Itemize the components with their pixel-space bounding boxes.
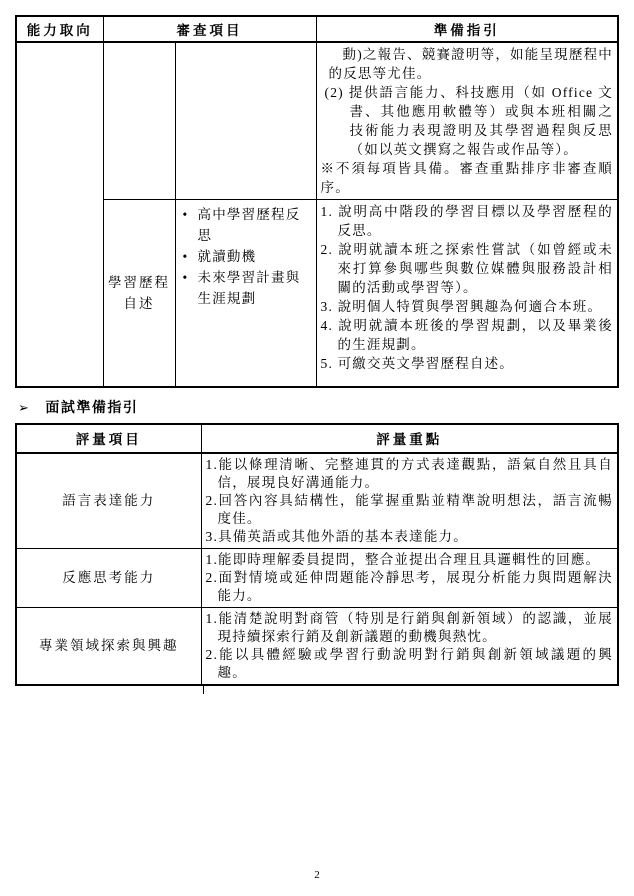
review-subitem-cell-empty: [175, 42, 316, 200]
bullet-icon: •: [183, 204, 192, 225]
assessment-points-cell: 1.能以條理清晰、完整連貫的方式表達觀點，語氣自然且具自信，展現良好溝通能力。 …: [201, 453, 618, 549]
review-item-cell-empty: [103, 42, 175, 200]
header-assessment-item: 評量項目: [16, 424, 201, 453]
bullet-icon: •: [183, 246, 192, 267]
table-row: 專業領域探索與興趣 1.能清楚說明對商管（特別是行銷與創新領域）的認識，並展現持…: [16, 607, 618, 685]
header-assessment-points: 評量重點: [201, 424, 618, 453]
header-ability-orientation: 能力取向: [16, 16, 103, 42]
point-item: 1.能以條理清晰、完整連貫的方式表達觀點，語氣自然且具自信，展現良好溝通能力。: [206, 456, 614, 492]
point-item: 1.能清楚說明對商管（特別是行銷與創新領域）的認識，並展現持續探索行銷及創新議題…: [206, 610, 614, 646]
bullet-item-text: 高中學習歷程反思: [198, 207, 301, 243]
section-heading-text: 面試準備指引: [45, 401, 138, 416]
guide-item-2: (2) 提供語言能力、科技應用（如 Office 文書、其他應用軟體等）或與本班…: [321, 83, 614, 159]
list-item: •高中學習歷程反思: [183, 204, 314, 246]
point-item: 3.具備英語或其他外語的基本表達能力。: [206, 528, 614, 546]
guide-continuation-text: 動)之報告、競賽證明等，如能呈現歷程中的反思等尤佳。: [321, 45, 614, 83]
interview-criteria-table: 評量項目 評量重點 語言表達能力 1.能以條理清晰、完整連貫的方式表達觀點，語氣…: [15, 423, 619, 686]
point-item: 2.能以具體經驗或學習行動說明對行銷與創新領域議題的興趣。: [206, 646, 614, 682]
column-divider-stub: [203, 686, 204, 694]
assessment-item-cell: 語言表達能力: [16, 453, 201, 549]
assessment-points-cell: 1.能清楚說明對商管（特別是行銷與創新領域）的認識，並展現持續探索行銷及創新議題…: [201, 607, 618, 685]
arrow-bullet-icon: ➢: [18, 400, 30, 416]
table-header-row: 評量項目 評量重點: [16, 424, 618, 453]
point-item: 2.回答內容具結構性，能掌握重點並精準說明想法，語言流暢度佳。: [206, 492, 614, 528]
review-guidelines-table: 能力取向 審查項目 準備指引 動)之報告、競賽證明等，如能呈現歷程中的反思等尤佳…: [15, 15, 619, 388]
guide-numbered-item: 1. 說明高中階段的學習目標以及學習歷程的反思。: [321, 202, 614, 240]
document-page: 能力取向 審查項目 準備指引 動)之報告、競賽證明等，如能呈現歷程中的反思等尤佳…: [0, 0, 634, 896]
section-heading: ➢面試準備指引: [18, 397, 634, 417]
guide-numbered-item: 4. 說明就讀本班後的學習規劃，以及畢業後的生涯規劃。: [321, 316, 614, 354]
bullet-item-text: 就讀動機: [198, 249, 257, 264]
point-item: 2.面對情境或延伸問題能冷靜思考，展現分析能力與問題解決能力。: [206, 569, 614, 605]
preparation-guide-cell: 1. 說明高中階段的學習目標以及學習歷程的反思。 2. 說明就讀本班之探索性嘗試…: [316, 200, 618, 387]
category-cell: 學習歷程自述: [103, 200, 175, 387]
header-review-items: 審查項目: [103, 16, 316, 42]
guide-numbered-item: 3. 說明個人特質與學習興趣為何適合本班。: [321, 297, 614, 316]
assessment-points-cell: 1.能即時理解委員提問，整合並提出合理且具邏輯性的回應。 2.面對情境或延伸問題…: [201, 548, 618, 607]
table-row: 語言表達能力 1.能以條理清晰、完整連貫的方式表達觀點，語氣自然且具自信，展現良…: [16, 453, 618, 549]
guide-note: ※不須每項皆具備。審查重點排序非審查順序。: [321, 159, 614, 197]
review-subitems-cell: •高中學習歷程反思 •就讀動機 •未來學習計畫與生涯規劃: [175, 200, 316, 387]
table-header-row: 能力取向 審查項目 準備指引: [16, 16, 618, 42]
guide-numbered-item: 5. 可繳交英文學習歷程自述。: [321, 354, 614, 373]
bullet-item-text: 未來學習計畫與生涯規劃: [198, 270, 301, 306]
list-item: •就讀動機: [183, 246, 314, 267]
table-row: 反應思考能力 1.能即時理解委員提問，整合並提出合理且具邏輯性的回應。 2.面對…: [16, 548, 618, 607]
bullet-icon: •: [183, 267, 192, 288]
guide-numbered-item: 2. 說明就讀本班之探索性嘗試（如曾經或未來打算參與哪些與數位媒體與服務設計相關…: [321, 240, 614, 297]
assessment-item-cell: 專業領域探索與興趣: [16, 607, 201, 685]
header-preparation-guide: 準備指引: [316, 16, 618, 42]
table-row: 動)之報告、競賽證明等，如能呈現歷程中的反思等尤佳。 (2) 提供語言能力、科技…: [16, 42, 618, 200]
preparation-guide-cell: 動)之報告、競賽證明等，如能呈現歷程中的反思等尤佳。 (2) 提供語言能力、科技…: [316, 42, 618, 200]
table-row: 學習歷程自述 •高中學習歷程反思 •就讀動機 •未來學習計畫與生涯規劃 1. 說…: [16, 200, 618, 387]
point-item: 1.能即時理解委員提問，整合並提出合理且具邏輯性的回應。: [206, 551, 614, 569]
ability-cell-empty: [16, 42, 103, 387]
list-item: •未來學習計畫與生涯規劃: [183, 267, 314, 309]
page-number: 2: [0, 869, 634, 881]
assessment-item-cell: 反應思考能力: [16, 548, 201, 607]
